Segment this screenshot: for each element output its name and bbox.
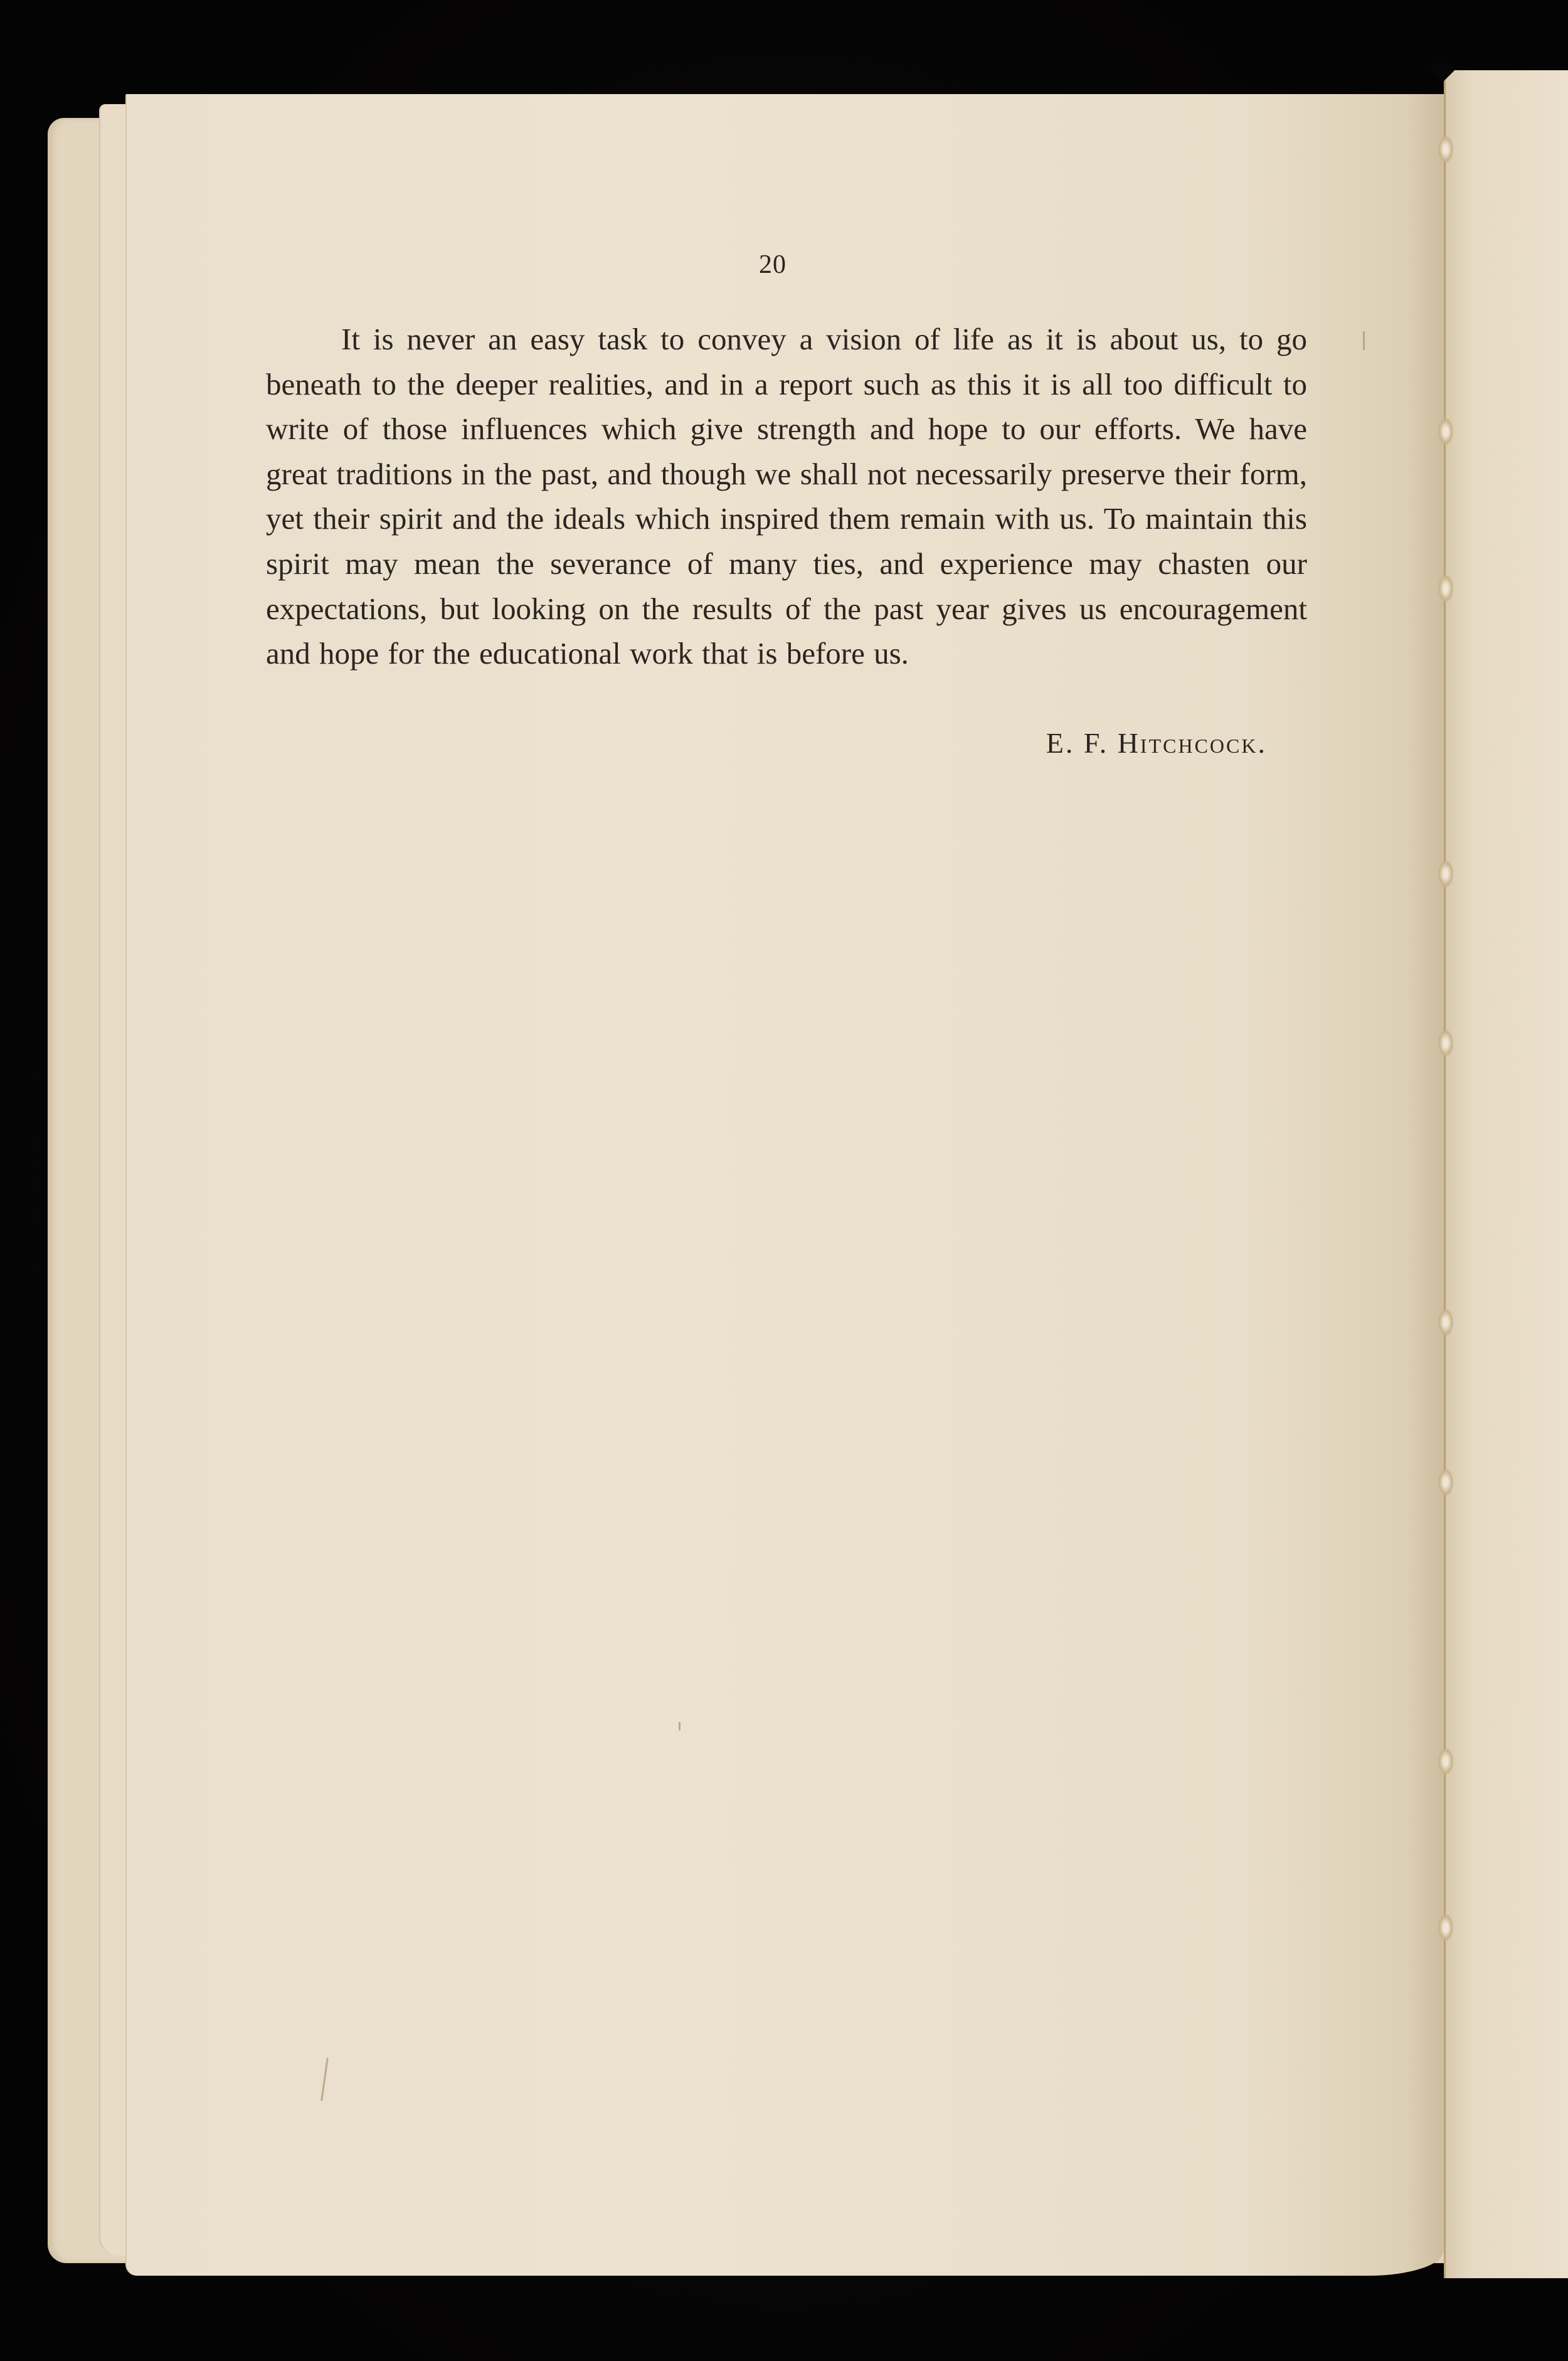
body-paragraph: It is never an easy task to convey a vis… (266, 317, 1307, 676)
page-number: 20 (0, 250, 1545, 280)
paper-speck (679, 1722, 681, 1731)
binding-stitch (1438, 1913, 1454, 1942)
binding-stitch (1438, 1468, 1454, 1497)
binding-stitch (1438, 1029, 1454, 1058)
binding-stitch (1438, 417, 1454, 446)
binding-stitch (1438, 574, 1454, 603)
body-paragraph-block: It is never an easy task to convey a vis… (266, 317, 1307, 676)
author-signature: E. F. Hitchcock. (878, 726, 1267, 760)
binding-stitch (1438, 1308, 1454, 1337)
binding-stitch (1438, 1747, 1454, 1776)
binding-stitch (1438, 135, 1454, 164)
paper-fiber-mark (1363, 331, 1365, 350)
facing-page-strip (1444, 70, 1568, 2278)
binding-stitch (1438, 859, 1454, 888)
